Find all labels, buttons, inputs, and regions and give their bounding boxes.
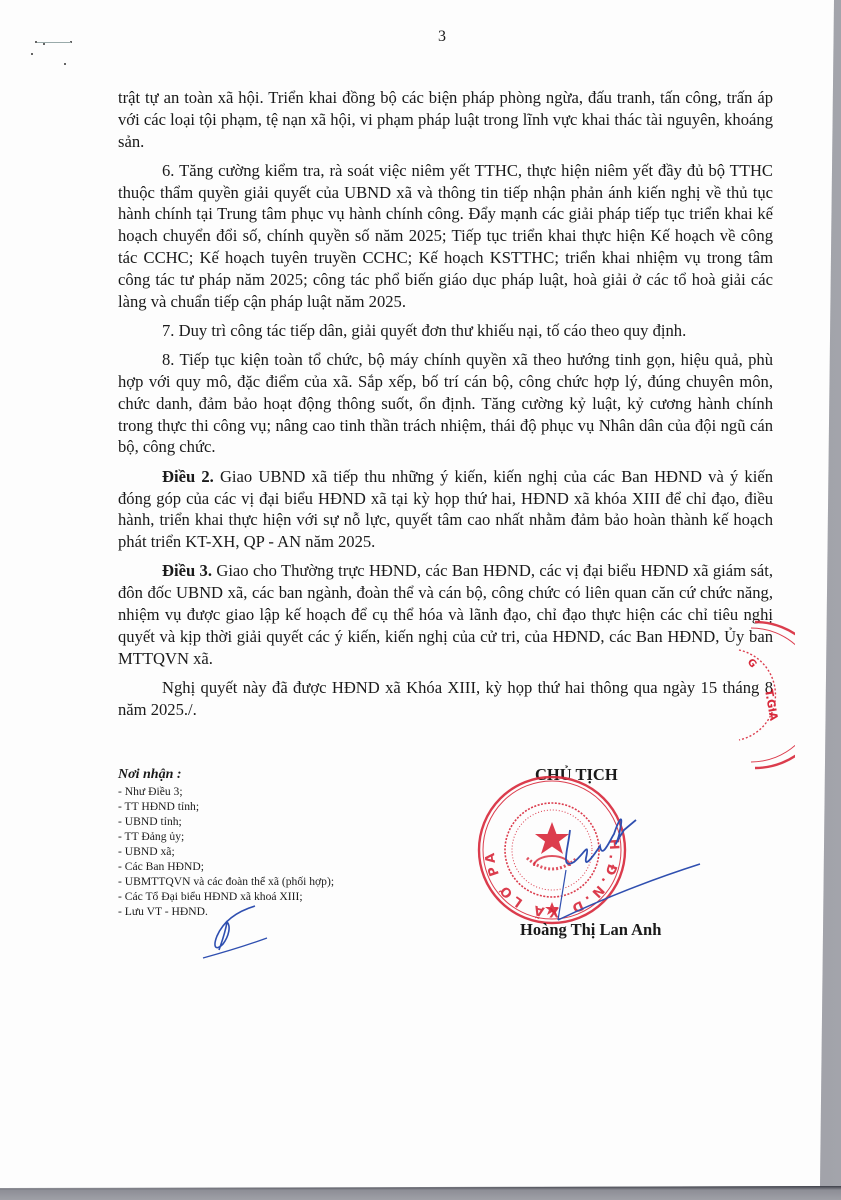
recipient-item: - UBND xã; bbox=[118, 844, 334, 859]
article-2-label: Điều 2. bbox=[162, 467, 214, 486]
recipient-item: - UBMTTQVN và các đoàn thể xã (phối hợp)… bbox=[118, 874, 334, 889]
recipient-item: - Các Ban HĐND; bbox=[118, 859, 334, 874]
official-seal-icon: H.Đ.N.D XÃ LƠ PANG GIA LAI bbox=[472, 770, 632, 930]
article-2-text: Giao UBND xã tiếp thu những ý kiến, kiến… bbox=[118, 467, 773, 551]
paragraph-item-8: 8. Tiếp tục kiện toàn tổ chức, bộ máy ch… bbox=[118, 349, 773, 458]
document-body: trật tự an toàn xã hội. Triển khai đồng … bbox=[118, 87, 773, 728]
paragraph-item-6: 6. Tăng cường kiểm tra, rà soát việc niê… bbox=[118, 160, 773, 313]
recipient-item: - UBND tỉnh; bbox=[118, 814, 334, 829]
paragraph-article-3: Điều 3. Giao cho Thường trực HĐND, các B… bbox=[118, 560, 773, 669]
recipient-item: - Lưu VT - HĐND. bbox=[118, 904, 334, 919]
svg-text:G: G bbox=[745, 657, 759, 670]
scanner-edge-bottom bbox=[0, 1186, 841, 1200]
recipient-item: - Như Điều 3; bbox=[118, 784, 334, 799]
document-page: 3 trật tự an toàn xã hội. Triển khai đồn… bbox=[0, 0, 841, 1200]
paragraph-article-2: Điều 2. Giao UBND xã tiếp thu những ý ki… bbox=[118, 466, 773, 553]
partial-seal-icon: T.GIA G bbox=[735, 620, 795, 770]
page-number: 3 bbox=[438, 28, 446, 46]
recipients-heading: Nơi nhận : bbox=[118, 765, 334, 784]
signer-name: Hoàng Thị Lan Anh bbox=[520, 920, 661, 940]
article-3-text: Giao cho Thường trực HĐND, các Ban HĐND,… bbox=[118, 561, 773, 667]
recipient-item: - TT HĐND tỉnh; bbox=[118, 799, 334, 814]
paragraph-closing: Nghị quyết này đã được HĐND xã Khóa XIII… bbox=[118, 677, 773, 721]
scan-specks bbox=[25, 35, 85, 70]
paragraph-item-7: 7. Duy trì công tác tiếp dân, giải quyết… bbox=[118, 320, 773, 342]
recipient-item: - Các Tổ Đại biểu HĐND xã khoá XIII; bbox=[118, 889, 334, 904]
recipient-item: - TT Đảng ủy; bbox=[118, 829, 334, 844]
svg-text:T.GIA: T.GIA bbox=[762, 688, 780, 722]
recipients-block: Nơi nhận : - Như Điều 3; - TT HĐND tỉnh;… bbox=[118, 765, 334, 919]
paragraph-continuation: trật tự an toàn xã hội. Triển khai đồng … bbox=[118, 87, 773, 152]
article-3-label: Điều 3. bbox=[162, 561, 212, 580]
